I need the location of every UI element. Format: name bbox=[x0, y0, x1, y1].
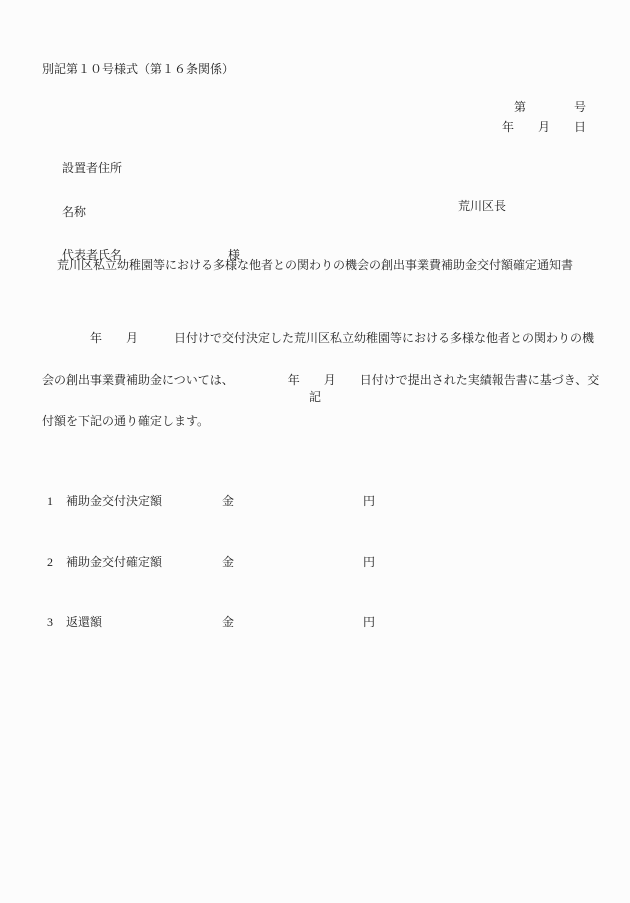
document-number-line: 第 号 bbox=[514, 101, 586, 113]
addressee-address-label: 設置者住所 bbox=[62, 162, 240, 182]
body-paragraph: 年 月 日付けで交付決定した荒川区私立幼稚園等における多様な他者との関わりの機 … bbox=[42, 308, 602, 457]
amount-blank bbox=[240, 495, 358, 509]
record-heading: 記 bbox=[0, 391, 630, 403]
body-line-3: 付額を下記の通り確定します。 bbox=[42, 415, 602, 433]
item-number: 2 bbox=[47, 556, 53, 568]
sender-mayor-label: 荒川区長 bbox=[458, 200, 506, 212]
item-label: 補助金交付確定額 bbox=[66, 556, 162, 568]
currency-prefix: 金 bbox=[222, 495, 234, 507]
amount-items-list: 1 補助金交付決定額 金 円 2 補助金交付確定額 金 円 3 返還額 金 円 bbox=[0, 459, 630, 677]
item-row-refund-amount: 3 返還額 金 円 bbox=[0, 616, 630, 641]
yen-unit: 円 bbox=[363, 495, 375, 507]
document-title: 荒川区私立幼稚園等における多様な他者との関わりの機会の創出事業費補助金交付額確定… bbox=[0, 259, 630, 271]
item-row-grant-confirmed-amount: 2 補助金交付確定額 金 円 bbox=[0, 556, 630, 581]
currency-prefix: 金 bbox=[222, 616, 234, 628]
notification-form-page: 別記第１０号様式（第１６条関係） 第 号 年 月 日 設置者住所 名称 代表者氏… bbox=[0, 0, 630, 903]
amount-blank bbox=[240, 616, 358, 630]
yen-unit: 円 bbox=[363, 556, 375, 568]
yen-unit: 円 bbox=[363, 616, 375, 628]
item-row-grant-decision-amount: 1 補助金交付決定額 金 円 bbox=[0, 495, 630, 520]
item-label: 補助金交付決定額 bbox=[66, 495, 162, 507]
item-label: 返還額 bbox=[66, 616, 102, 628]
currency-prefix: 金 bbox=[222, 556, 234, 568]
amount-blank bbox=[240, 556, 358, 570]
body-line-1: 年 月 日付けで交付決定した荒川区私立幼稚園等における多様な他者との関わりの機 bbox=[42, 332, 602, 350]
item-number: 3 bbox=[47, 616, 53, 628]
issue-date-line: 年 月 日 bbox=[502, 121, 586, 133]
addressee-name-label: 名称 bbox=[62, 206, 240, 226]
item-number: 1 bbox=[47, 495, 53, 507]
body-line-2: 会の創出事業費補助金については、 年 月 日付けで提出された実績報告書に基づき、… bbox=[42, 374, 602, 392]
form-style-label: 別記第１０号様式（第１６条関係） bbox=[42, 63, 234, 75]
representative-name-blank bbox=[122, 249, 228, 250]
